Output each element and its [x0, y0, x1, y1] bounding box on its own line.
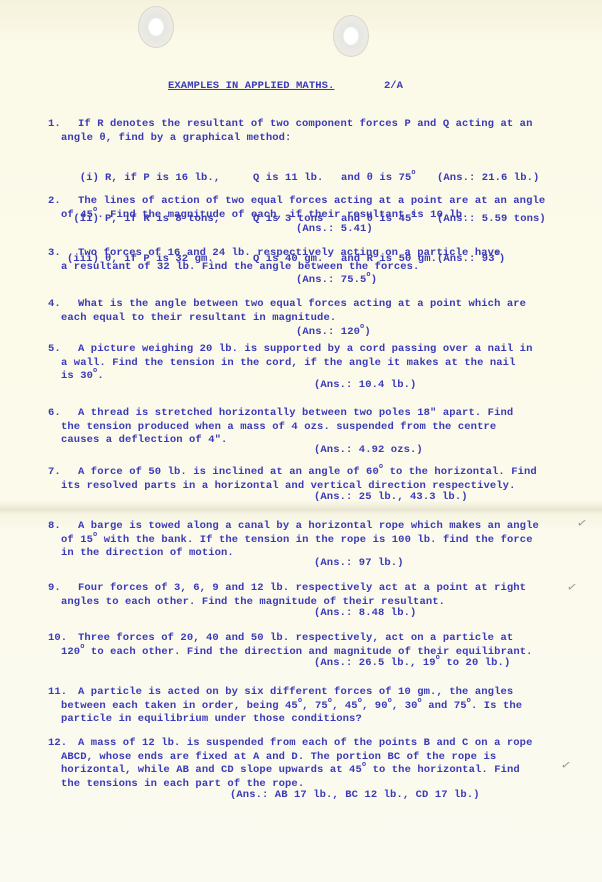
question-text-cont: each equal to their resultant in magnitu…	[48, 312, 578, 326]
question-text: Two forces of 16 and 24 lb. respectively…	[48, 247, 578, 261]
question-number: 4.	[48, 298, 61, 312]
subpart: (i) R, if P is 16 lb., Q is 11 lb. and θ…	[59, 172, 578, 186]
question-text-cont: angle θ, find by a graphical method:	[48, 132, 578, 146]
question-text-cont: between each taken in order, being 45o, …	[48, 700, 578, 727]
answer: (Ans.: 25 lb., 43.3 lb.)	[314, 491, 468, 505]
question-text: A thread is stretched horizontally betwe…	[48, 407, 578, 421]
question-text: Four forces of 3, 6, 9 and 12 lb. respec…	[48, 582, 578, 596]
question-text: A barge is towed along a canal by a hori…	[48, 520, 578, 534]
subpart-find: R, if P is 16 lb.,	[105, 172, 253, 186]
question-12: 12. A mass of 12 lb. is suspended from e…	[48, 737, 578, 791]
answer: (Ans.: 26.5 lb., 19o to 20 lb.)	[314, 657, 510, 671]
punch-hole-left	[138, 6, 174, 48]
answer: (Ans.: 8.48 lb.)	[314, 607, 416, 621]
question-text-cont: the tension produced when a mass of 4 oz…	[48, 421, 578, 448]
question-number: 3.	[48, 247, 61, 261]
question-number: 2.	[48, 195, 61, 209]
answer: (Ans.: 5.41)	[296, 223, 373, 237]
question-text-cont: ABCD, whose ends are fixed at A and D. T…	[48, 751, 578, 792]
answer: (Ans.: 97 lb.)	[314, 557, 404, 571]
question-number: 7.	[48, 466, 61, 480]
answer: (Ans.: 4.92 ozs.)	[314, 444, 423, 458]
answer: (Ans.: 120o)	[296, 326, 371, 340]
sheet-id: 2/A	[384, 80, 403, 92]
question-number: 8.	[48, 520, 61, 534]
question-text: If R denotes the resultant of two compon…	[48, 118, 578, 132]
punch-hole-right	[333, 15, 369, 57]
question-text: A mass of 12 lb. is suspended from each …	[48, 737, 578, 751]
question-text: What is the angle between two equal forc…	[48, 298, 578, 312]
question-4: 4. What is the angle between two equal f…	[48, 298, 578, 325]
question-number: 11.	[48, 686, 67, 700]
question-text: A particle is acted on by six different …	[48, 686, 578, 700]
question-number: 9.	[48, 582, 61, 596]
question-8: 8. A barge is towed along a canal by a h…	[48, 520, 578, 561]
question-6: 6. A thread is stretched horizontally be…	[48, 407, 578, 448]
question-text: Three forces of 20, 40 and 50 lb. respec…	[48, 632, 578, 646]
question-text: A force of 50 lb. is inclined at an angl…	[48, 466, 578, 480]
question-10: 10. Three forces of 20, 40 and 50 lb. re…	[48, 632, 578, 659]
subpart-given: and θ is 75o	[341, 172, 437, 186]
page-title: EXAMPLES IN APPLIED MATHS.	[168, 80, 334, 92]
question-2: 2. The lines of action of two equal forc…	[48, 195, 578, 222]
question-text-cont: angles to each other. Find the magnitude…	[48, 596, 578, 610]
question-3: 3. Two forces of 16 and 24 lb. respectiv…	[48, 247, 578, 274]
question-text-cont: a wall. Find the tension in the cord, if…	[48, 357, 578, 384]
question-text-cont: of 45o. Find the magnitude of each, if t…	[48, 209, 578, 223]
question-number: 1.	[48, 118, 61, 132]
answer: (Ans.: 21.6 lb.)	[437, 172, 539, 186]
question-number: 10.	[48, 632, 67, 646]
question-number: 5.	[48, 343, 61, 357]
question-7: 7. A force of 50 lb. is inclined at an a…	[48, 466, 578, 493]
question-text: The lines of action of two equal forces …	[48, 195, 578, 209]
answer: (Ans.: AB 17 lb., BC 12 lb., CD 17 lb.)	[230, 789, 480, 803]
question-text-cont: a resultant of 32 lb. Find the angle bet…	[48, 261, 578, 275]
question-number: 6.	[48, 407, 61, 421]
question-5: 5. A picture weighing 20 lb. is supporte…	[48, 343, 578, 384]
question-text-cont: of 15o with the bank. If the tension in …	[48, 534, 578, 561]
subpart-label: (i)	[59, 172, 105, 186]
answer: (Ans.: 75.5o)	[296, 274, 377, 288]
subpart-q: Q is 11 lb.	[253, 172, 341, 186]
question-9: 9. Four forces of 3, 6, 9 and 12 lb. res…	[48, 582, 578, 609]
question-11: 11. A particle is acted on by six differ…	[48, 686, 578, 727]
answer: (Ans.: 10.4 lb.)	[314, 379, 416, 393]
question-number: 12.	[48, 737, 67, 751]
question-text-cont: its resolved parts in a horizontal and v…	[48, 480, 578, 494]
question-text: A picture weighing 20 lb. is supported b…	[48, 343, 578, 357]
